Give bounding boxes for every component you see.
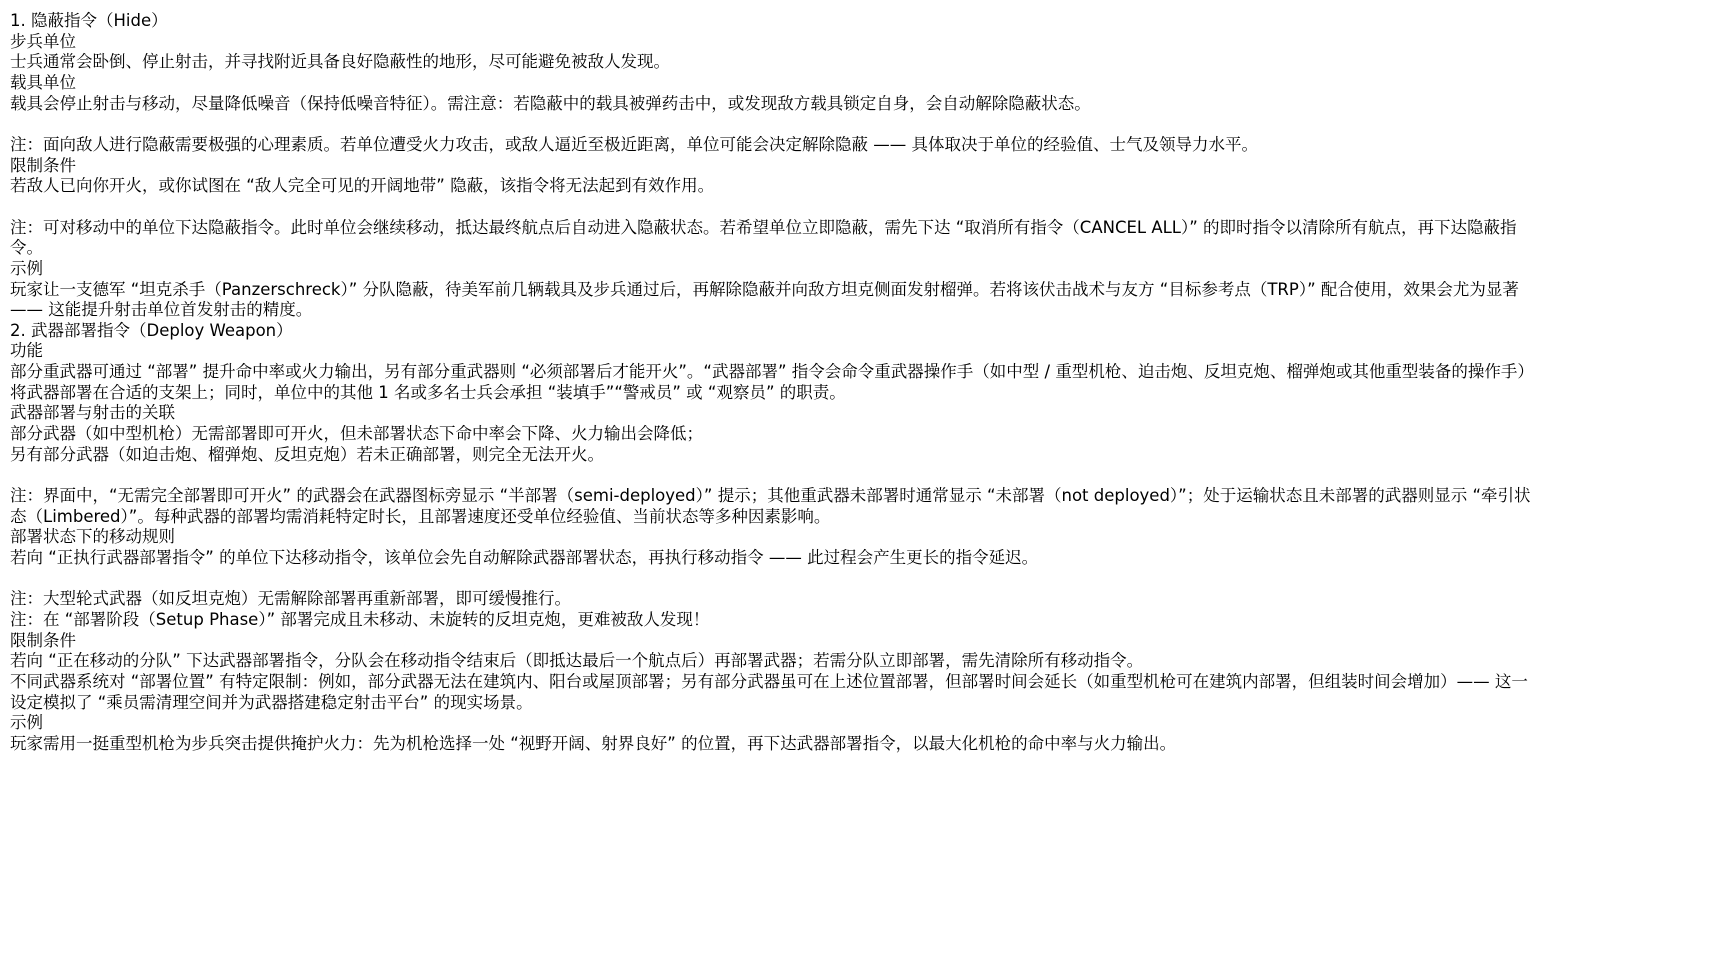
- text-line: 示例: [10, 259, 1538, 280]
- text-line: 载具会停止射击与移动，尽量降低噪音（保持低噪音特征）。需注意：若隐蔽中的载具被弹…: [10, 94, 1538, 115]
- text-line: 士兵通常会卧倒、停止射击，并寻找附近具备良好隐蔽性的地形，尽可能避免被敌人发现。: [10, 52, 1538, 73]
- document-page: 1. 隐蔽指令（Hide） 步兵单位 士兵通常会卧倒、停止射击，并寻找附近具备良…: [0, 0, 1715, 954]
- text-line: 注：在 “部署阶段（Setup Phase）” 部署完成且未移动、未旋转的反坦克…: [10, 610, 1538, 631]
- text-line: 另有部分武器（如迫击炮、榴弹炮、反坦克炮）若未正确部署，则完全无法开火。: [10, 445, 1538, 466]
- text-line: 载具单位: [10, 73, 1538, 94]
- text-line: 限制条件: [10, 631, 1538, 652]
- text-line: 功能: [10, 341, 1538, 362]
- text-line: 注：可对移动中的单位下达隐蔽指令。此时单位会继续移动，抵达最终航点后自动进入隐蔽…: [10, 218, 1538, 259]
- text-line: 玩家让一支德军 “坦克杀手（Panzerschreck）” 分队隐蔽，待美军前几…: [10, 280, 1538, 321]
- text-line: 玩家需用一挺重型机枪为步兵突击提供掩护火力：先为机枪选择一处 “视野开阔、射界良…: [10, 734, 1538, 755]
- text-line: 示例: [10, 713, 1538, 734]
- text-line: 注：面向敌人进行隐蔽需要极强的心理素质。若单位遭受火力攻击，或敌人逼近至极近距离…: [10, 135, 1538, 156]
- text-line: 不同武器系统对 “部署位置” 有特定限制：例如，部分武器无法在建筑内、阳台或屋顶…: [10, 672, 1538, 713]
- text-line: 部署状态下的移动规则: [10, 527, 1538, 548]
- text-line: 限制条件: [10, 156, 1538, 177]
- document-lines: 1. 隐蔽指令（Hide） 步兵单位 士兵通常会卧倒、停止射击，并寻找附近具备良…: [10, 11, 1538, 755]
- text-line: 1. 隐蔽指令（Hide）: [10, 11, 1538, 32]
- text-line: 部分重武器可通过 “部署” 提升命中率或火力输出，另有部分重武器则 “必须部署后…: [10, 362, 1538, 403]
- text-line: 注：大型轮式武器（如反坦克炮）无需解除部署再重新部署，即可缓慢推行。: [10, 589, 1538, 610]
- text-line: [10, 465, 1538, 486]
- text-line: 2. 武器部署指令（Deploy Weapon）: [10, 321, 1538, 342]
- text-line: 若向 “正在移动的分队” 下达武器部署指令，分队会在移动指令结束后（即抵达最后一…: [10, 651, 1538, 672]
- document-body: 1. 隐蔽指令（Hide） 步兵单位 士兵通常会卧倒、停止射击，并寻找附近具备良…: [10, 11, 1538, 755]
- text-line: 武器部署与射击的关联: [10, 403, 1538, 424]
- text-line: 部分武器（如中型机枪）无需部署即可开火，但未部署状态下命中率会下降、火力输出会降…: [10, 424, 1538, 445]
- text-line: [10, 197, 1538, 218]
- text-line: 若向 “正执行武器部署指令” 的单位下达移动指令，该单位会先自动解除武器部署状态…: [10, 548, 1538, 569]
- text-line: [10, 569, 1538, 590]
- text-line: [10, 114, 1538, 135]
- text-line: 步兵单位: [10, 32, 1538, 53]
- text-line: 注：界面中，“无需完全部署即可开火” 的武器会在武器图标旁显示 “半部署（sem…: [10, 486, 1538, 527]
- text-line: 若敌人已向你开火，或你试图在 “敌人完全可见的开阔地带” 隐蔽，该指令将无法起到…: [10, 176, 1538, 197]
